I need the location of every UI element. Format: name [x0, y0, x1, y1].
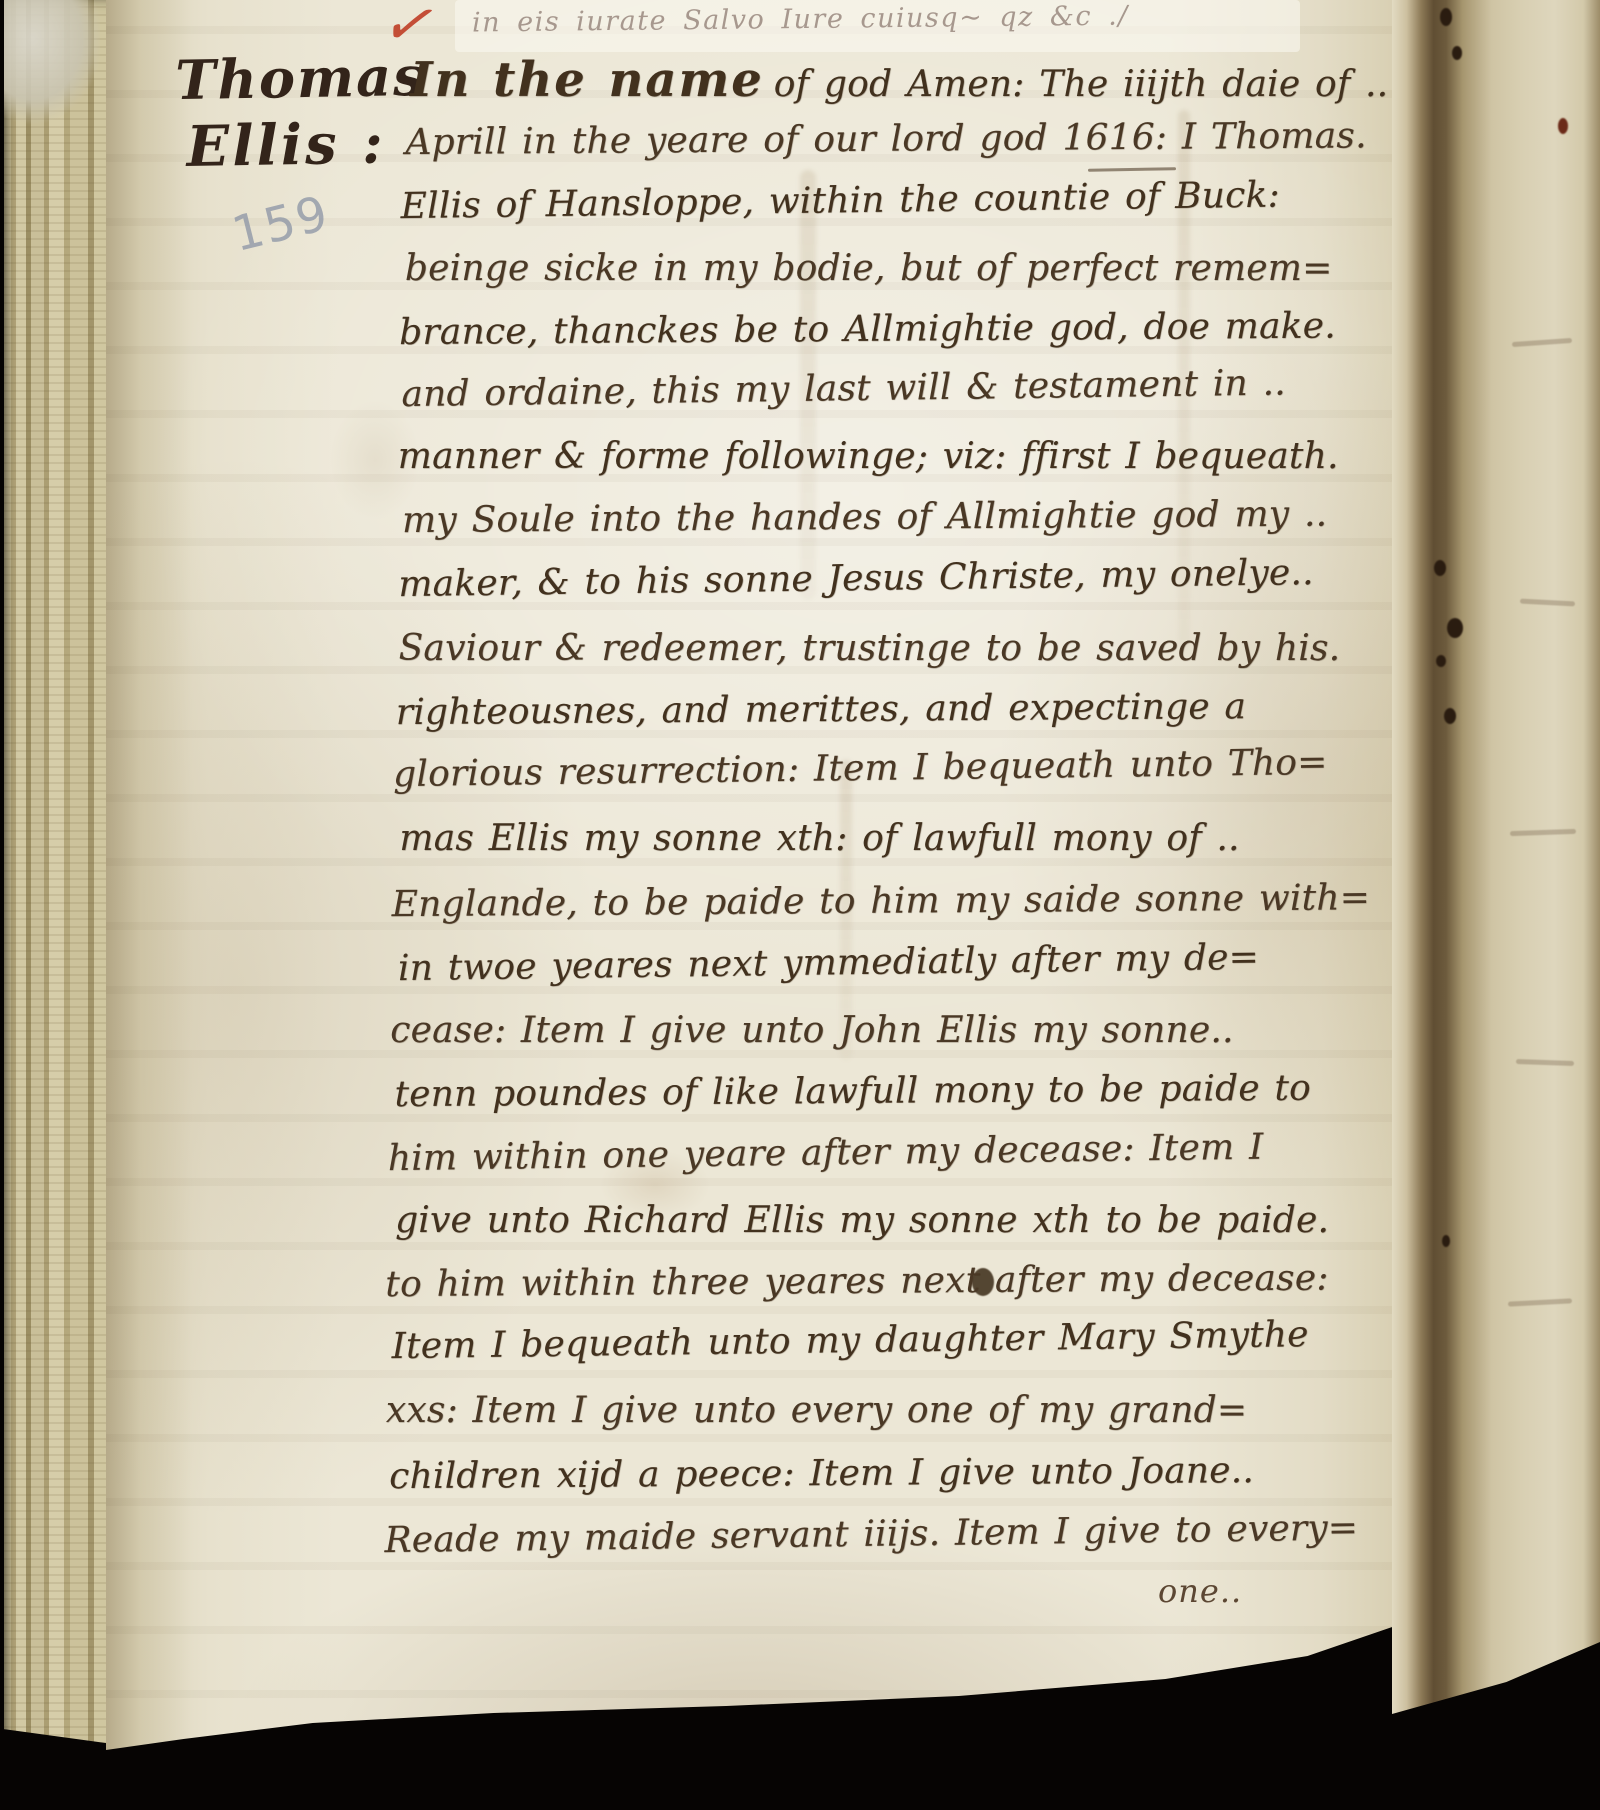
line-text: of god Amen: The iiijth daie of ..	[774, 64, 1389, 105]
will-text-line: Englande, to be paide to him my saide so…	[392, 877, 1371, 925]
will-text-line: to him within three yeares next after my…	[385, 1258, 1329, 1306]
will-text-line: him within one yeare after my decease: I…	[388, 1127, 1264, 1179]
will-text-line: Aprill in the yeare of our lord god 1616…	[405, 115, 1367, 163]
will-text-line: Item I bequeath unto my daughter Mary Sm…	[391, 1314, 1309, 1367]
will-text-line: In the nameof god Amen: The iiijth daie …	[410, 52, 1388, 108]
will-text-line: beinge sicke in my bodie, but of perfect…	[405, 248, 1333, 289]
will-text-line: Saviour & redeemer, trustinge to be save…	[399, 628, 1341, 669]
opening-phrase: In the name	[410, 52, 764, 108]
will-text-line: and ordaine, this my last will & testame…	[401, 363, 1286, 416]
will-text-line: Reade my maide servant iiijs. Item I giv…	[384, 1507, 1358, 1561]
will-text-line: xxs: Item I give unto every one of my gr…	[386, 1390, 1247, 1431]
will-text-line: manner & forme followinge; viz: ffirst I…	[398, 436, 1339, 477]
will-text-line: maker, & to his sonne Jesus Christe, my …	[398, 552, 1314, 605]
will-text-line: give unto Richard Ellis my sonne xth to …	[395, 1200, 1329, 1241]
will-text-line: brance, thanckes be to Allmightie god, d…	[399, 306, 1336, 354]
catchword: one..	[1158, 1572, 1242, 1610]
manuscript-photo: in eis iurate Salvo Iure cuiusq~ qz &c .…	[0, 0, 1600, 1810]
will-text-line: my Soule into the handes of Allmightie g…	[402, 494, 1327, 541]
will-text: In the nameof god Amen: The iiijth daie …	[0, 0, 1600, 1810]
will-text-line: mas Ellis my sonne xth: of lawfull mony …	[399, 818, 1239, 859]
will-text-line: in twoe yeares next ymmediatly after my …	[398, 937, 1259, 989]
will-text-line: righteousnes, and merittes, and expectin…	[396, 686, 1247, 733]
will-text-line: tenn poundes of like lawfull mony to be …	[394, 1068, 1311, 1115]
will-text-line: glorious resurrection: Item I bequeath u…	[393, 742, 1328, 795]
will-text-line: children xijd a peece: Item I give unto …	[389, 1450, 1254, 1497]
will-text-line: cease: Item I give unto John Ellis my so…	[390, 1010, 1233, 1051]
will-text-line: Ellis of Hansloppe, within the countie o…	[400, 175, 1280, 228]
